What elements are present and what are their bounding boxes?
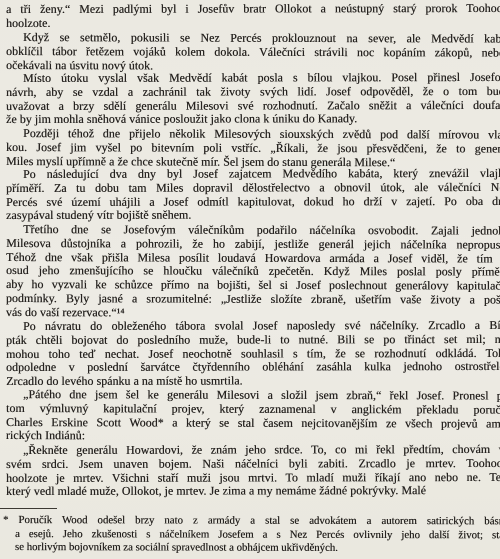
text-line: mohou toho teď nechat. Josef neochotně s… (6, 346, 500, 361)
text-line: zasypával studený vítr bojiště sněhem. (6, 208, 500, 223)
text-line: Později téhož dne přijelo několik Mileso… (6, 127, 500, 142)
text-line: Po návratu do obleženého tábora svolal J… (6, 319, 500, 334)
footnote-line: * Poručík Wood odešel brzy nato z armády… (3, 514, 500, 529)
paragraph: Po návratu do obleženého tábora svolal J… (6, 319, 500, 389)
text-line: uvažovat a brzy sdělí generálu Milesovi … (6, 98, 500, 113)
text-line: hoolzote je mrtev. Všichni staří muži js… (6, 470, 500, 485)
paragraph: Když se setmělo, pokusili se Nez Percés … (6, 31, 500, 74)
footnote: * Poručík Wood odešel brzy nato z armády… (3, 514, 500, 556)
text-line: hoolzote. (6, 16, 500, 31)
paragraph: Po následující dva dny byl Josef zajatce… (6, 167, 500, 223)
paragraph: Později téhož dne přijelo několik Mileso… (6, 127, 500, 170)
text-line: Místo útoku vyslal však Medvědí kabát po… (6, 71, 500, 86)
text-line: návrh, aby se vzdal a zachránil tak živo… (6, 85, 500, 100)
text-line: který vedl mladé muže, Ollokot, je mrtev… (6, 484, 500, 499)
footnote-rule (0, 508, 57, 509)
text-line: Když se setmělo, pokusili se Nez Percés … (6, 31, 500, 46)
paragraph: Třetího dne se Josefovým válečníkům poda… (6, 223, 500, 321)
footnote-line: a esejů. Jeho zkušenosti s náčelníkem Jo… (3, 527, 500, 542)
body-text: a tři ženy.“ Mezi padlými byl i Josefův … (6, 3, 500, 499)
paragraph: Místo útoku vyslal však Medvědí kabát po… (6, 71, 500, 127)
text-line: a tři ženy.“ Mezi padlými byl i Josefův … (6, 2, 500, 17)
text-line: pták chtěli bojovat do posledního muže, … (6, 332, 500, 347)
text-line: Percés své území uhájili a Josef odmítl … (6, 195, 500, 210)
text-line: obklíčil tábor řetězem vojáků kolem doko… (6, 44, 500, 59)
paragraph: a tři ženy.“ Mezi padlými byl i Josefův … (6, 2, 500, 31)
text-line: odpoledne v poslední šarvátce čtyřdenníh… (6, 360, 500, 375)
paragraph: „Řekněte generálu Howardovi, že znám jeh… (6, 442, 500, 498)
text-line: svém srdci. Jsem unaven bojem. Naši náče… (6, 456, 500, 471)
text-line: Po následující dva dny byl Josef zajatce… (6, 167, 500, 182)
footnote-line: se horlivým bojovníkem za sociální sprav… (3, 541, 500, 556)
text-line: příměří. Za tu dobu tam Miles dopravil d… (6, 181, 500, 196)
scanned-book-page: a tři ženy.“ Mezi padlými byl i Josefův … (0, 0, 500, 559)
paragraph: „Pátého dne jsem šel ke generálu Milesov… (6, 388, 500, 445)
text-line: Zrcadlo do levého spánku a na místě ho u… (6, 374, 500, 389)
text-line: že by jim mohla sněhová vánice posloužit… (6, 112, 500, 127)
text-line: kou. Josef jim vyšel po bitevním poli vs… (6, 141, 500, 156)
text-line: „Řekněte generálu Howardovi, že znám jeh… (6, 442, 500, 457)
